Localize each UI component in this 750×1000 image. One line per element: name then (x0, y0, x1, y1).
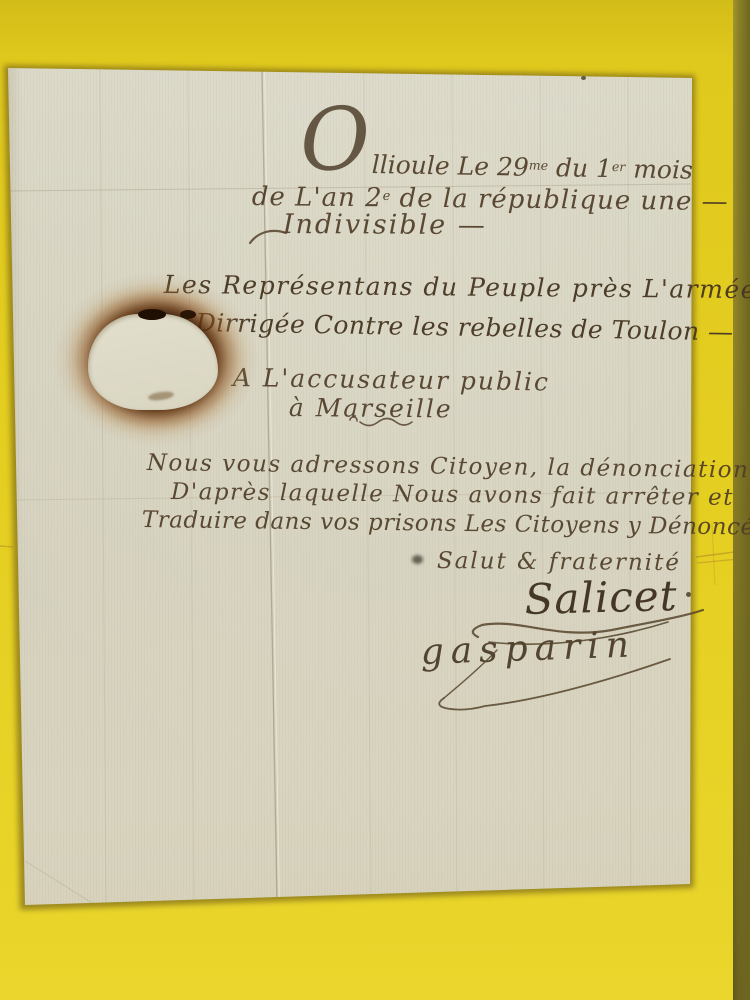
signature-saliceti: Salicet (524, 573, 678, 623)
dateline-text: llioule Le 29 (372, 150, 530, 182)
photo-of-letter: O llioule Le 29me du 1er mois de L'an 2e… (0, 0, 750, 1000)
dateline-text: mois (625, 154, 693, 184)
dateline-initial: O (298, 100, 372, 181)
dateline-text: du 1 (548, 153, 612, 183)
ink-smudge (412, 555, 423, 564)
address-accusateur-public: A L'accusateur public (233, 364, 551, 396)
heading-representants: Les Représentans du Peuple près L'armée (164, 271, 750, 304)
address-marseille: à Marseille (289, 394, 453, 423)
indivisible-line: Indivisible — (283, 210, 487, 241)
dateline-ordinal: me (529, 157, 549, 172)
ink-dot (686, 592, 691, 597)
dateline-ordinal: er (612, 159, 626, 174)
corner-crease (25, 861, 97, 906)
paper-speck (581, 76, 586, 80)
signature-gasparin: gasparin (420, 625, 637, 672)
chain-line (100, 70, 106, 903)
dateline: llioule Le 29me du 1er mois (372, 151, 694, 184)
photo-edge-band (733, 0, 750, 1000)
